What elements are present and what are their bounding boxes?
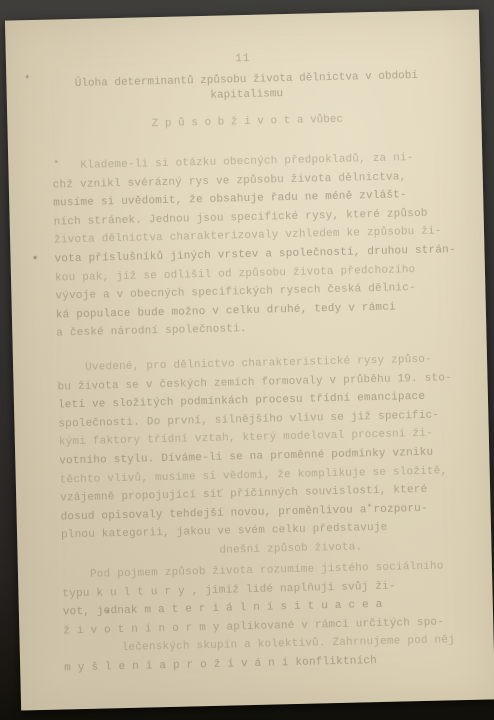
paper-speck bbox=[107, 610, 109, 612]
document-title: Úloha determinantů způsobu života dělnic… bbox=[50, 68, 443, 106]
scanned-document-screenshot: { "document": { "page_number": "11", "ti… bbox=[0, 0, 494, 720]
section-heading: Z p ů s o b ž i v o t a vůbec bbox=[51, 111, 443, 132]
paper-speck bbox=[33, 256, 36, 259]
page-number: 11 bbox=[6, 48, 480, 71]
scanned-page: 11 Úloha determinantů způsobu života děl… bbox=[5, 10, 494, 711]
paper-speck bbox=[55, 160, 57, 162]
paragraph-1: Klademe-li si otázku obecných předpoklad… bbox=[52, 148, 454, 343]
paragraph-3: Pod pojmem způsob života rozumíme jistéh… bbox=[62, 557, 463, 678]
paragraph-2: Uvedené, pro dělnictvo charakteristické … bbox=[57, 350, 460, 564]
page-content: 11 Úloha determinantů způsobu života děl… bbox=[5, 10, 494, 711]
paper-speck bbox=[26, 75, 28, 78]
paper-speck bbox=[368, 504, 370, 506]
